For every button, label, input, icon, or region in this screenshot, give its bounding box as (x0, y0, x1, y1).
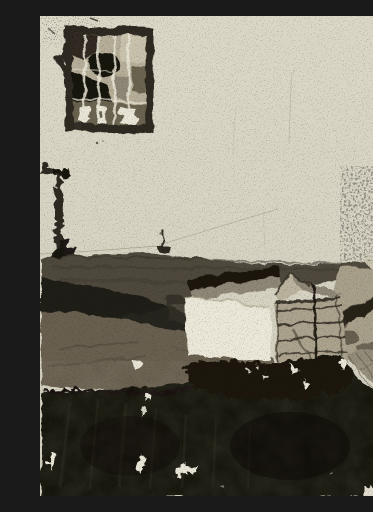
etching-print: Monochrome etching of a coastal yard: a … (40, 16, 373, 496)
grain-overlay (40, 16, 373, 496)
etching-canvas (40, 16, 373, 496)
